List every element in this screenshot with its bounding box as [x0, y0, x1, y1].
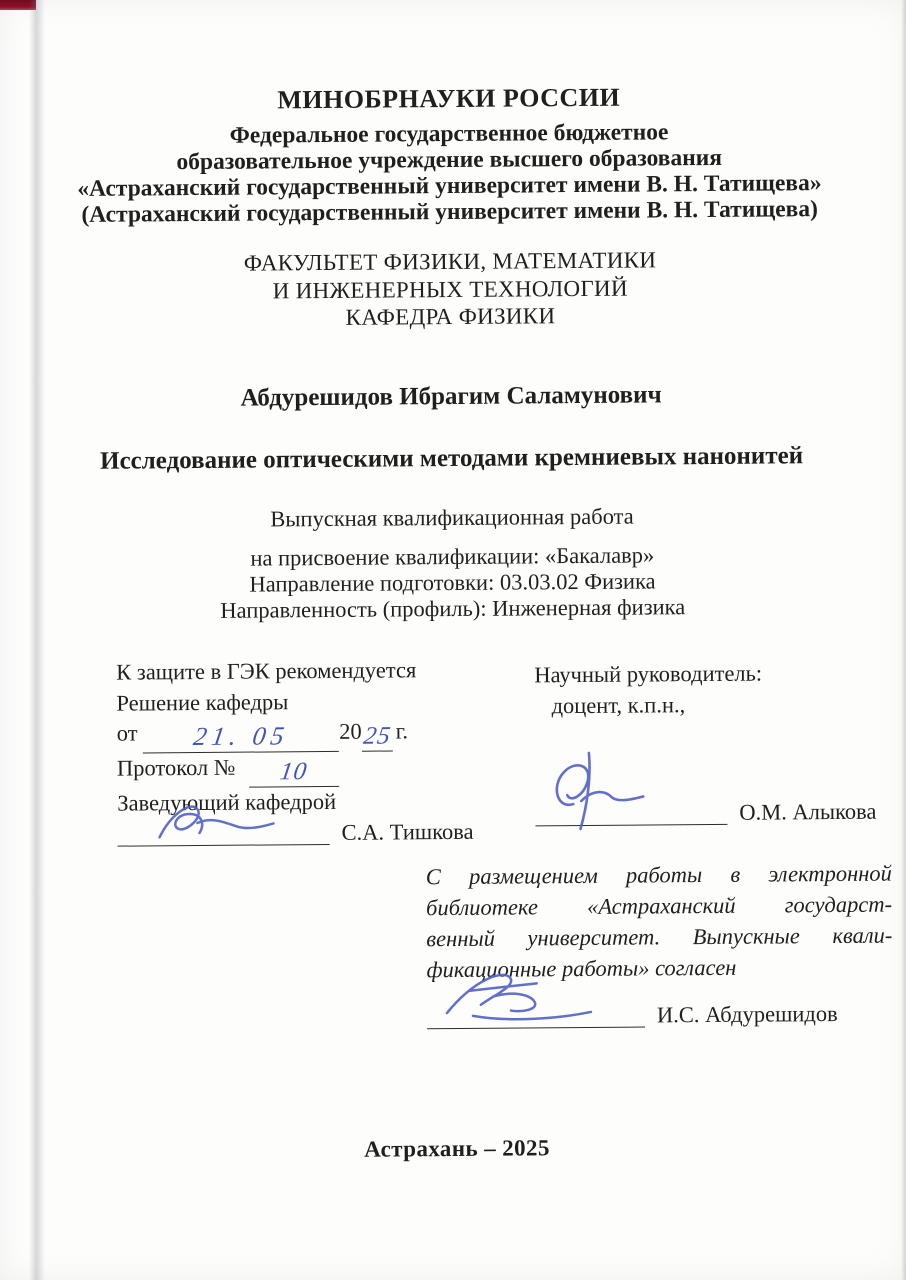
protocol-blank-line: 10 — [249, 761, 339, 788]
supervisor-block: Научный руководитель: доцент, к.п.н., О.… — [534, 658, 897, 830]
consent-signature-row: И.С. Абдурешидов — [427, 998, 893, 1033]
approval-recommend-line: К защите в ГЭК рекомендуется — [116, 654, 526, 688]
supervisor-label: Научный руководитель: — [534, 658, 896, 691]
handwritten-protocol-number: 10 — [279, 762, 309, 782]
date-blank-line: 21. 05 — [143, 726, 339, 754]
approval-decision-line: Решение кафедры — [116, 685, 526, 719]
year-blank-line: 25 — [362, 725, 393, 751]
consent-line: библиотеке «Астраханский государст- — [426, 889, 892, 924]
consent-line: С размещением работы в электронной — [426, 858, 892, 893]
thesis-title: Исследование оптическими методами кремни… — [0, 441, 905, 476]
page-content: МИНОБРНАУКИ РОССИИ Федеральное государст… — [0, 0, 906, 1280]
department-head-label: Заведующий кафедрой — [117, 785, 527, 819]
department-head-signature-row: С.А. Тишкова — [117, 816, 527, 850]
consent-line: венный университет. Выпускные квали- — [426, 920, 892, 955]
faculty-line: КАФЕДРА ФИЗИКИ — [0, 299, 904, 334]
approval-block: К защите в ГЭК рекомендуется Решение каф… — [116, 654, 527, 849]
consent-block: С размещением работы в электронной библи… — [426, 858, 893, 1033]
head-signature-blank-line — [117, 818, 329, 846]
author-name: Абдурешидов Ибрагим Саламунович — [0, 379, 904, 414]
supervisor-signature-blank-line — [535, 799, 727, 827]
supervisor-signature-row: О.М. Алыкова — [535, 797, 897, 830]
protocol-label: Протокол № — [117, 755, 236, 781]
work-type: Выпускная квалификационная работа — [0, 501, 905, 534]
consent-name: И.С. Абдурешидов — [657, 1001, 838, 1027]
supervisor-name: О.М. Алыкова — [739, 799, 876, 825]
date-prefix: от — [117, 720, 138, 745]
faculty-block: ФАКУЛЬТЕТ ФИЗИКИ, МАТЕМАТИКИ И ИНЖЕНЕРНЫ… — [0, 244, 904, 334]
ministry-title: МИНОБРНАУКИ РОССИИ — [0, 80, 902, 117]
qualification-block: на присвоение квалификации: «Бакалавр» Н… — [0, 540, 906, 625]
year-printed: 20 — [339, 719, 362, 744]
department-head-name: С.А. Тишкова — [341, 818, 473, 844]
handwritten-year: 25 — [362, 726, 392, 746]
institution-block: Федеральное государственное бюджетное об… — [0, 117, 903, 228]
city-year-footer: Астрахань – 2025 — [4, 1132, 906, 1165]
approval-date-line: от 21. 052025г. — [117, 715, 527, 753]
consent-line: фикационные работы» согласен — [426, 951, 892, 986]
consent-signature-blank-line — [427, 1002, 645, 1030]
thesis-title-page: МИНОБРНАУКИ РОССИИ Федеральное государст… — [0, 0, 906, 1280]
supervisor-degree: доцент, к.п.н., — [534, 688, 896, 721]
handwritten-date: 21. 05 — [192, 726, 290, 747]
year-suffix: г. — [396, 718, 409, 743]
protocol-line: Протокол № 10 — [117, 750, 527, 788]
